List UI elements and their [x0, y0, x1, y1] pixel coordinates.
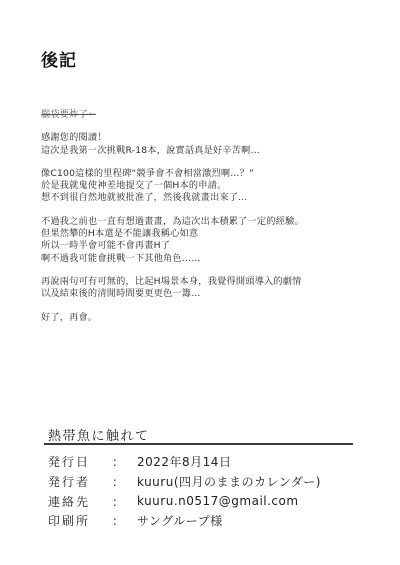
text-line: 像C100這樣的里程碑“競爭會不會相當激烈啊…？” [41, 168, 304, 180]
afterword-body: 腦袋要炸了~ 感謝您的閱讀！ 這次是我第一次挑戰R-18本，說實話真是好辛苦啊…… [41, 109, 304, 324]
colophon-separator: ： [112, 493, 137, 510]
colophon-label: 発行日 [48, 453, 112, 470]
colophon-label: 発行者 [48, 473, 112, 490]
colophon-divider [44, 443, 353, 445]
text-line: 所以一時半會可能不會再畫H了 [41, 240, 304, 252]
colophon-separator: ： [112, 453, 137, 470]
paragraph-4: 再說兩句可有可無的，比起H場景本身，我覺得開頭導入的劇情 以及結束後的清閒時間要… [41, 276, 304, 301]
text-line: 再說兩句可有可無的，比起H場景本身，我覺得開頭導入的劇情 [41, 276, 304, 288]
struck-through-line: 腦袋要炸了~ [41, 109, 304, 121]
colophon-row-publisher: 発行者 ： kuuru(四月のままのカレンダー) [48, 472, 368, 492]
colophon-title: 熱帯魚に触れて [48, 425, 150, 444]
text-line: 想不到很自然地就被批准了，然後我就畫出來了… [41, 192, 304, 204]
colophon-value: kuuru(四月のままのカレンダー) [137, 473, 321, 490]
page-title: 後記 [41, 46, 77, 71]
text-line: 但果然攀的H本還是不能讓我稱心如意 [41, 228, 304, 240]
colophon-value: 2022年8月14日 [137, 453, 231, 470]
colophon-label: 連絡先 [48, 493, 112, 510]
colophon-row-issue-date: 発行日 ： 2022年8月14日 [48, 452, 368, 472]
text-line: 感謝您的閱讀！ [41, 132, 304, 144]
colophon-row-printer: 印刷所 ： サングループ様 [48, 511, 368, 531]
text-line: 於是我就鬼使神差地提交了一個H本的申請。 [41, 180, 304, 192]
paragraph-3: 不過我之前也一直有想過畫畫，為這次出本積累了一定的經驗。 但果然攀的H本還是不能… [41, 216, 304, 265]
colophon-value: kuuru.n0517@gmail.com [137, 494, 299, 508]
text-line: 不過我之前也一直有想過畫畫，為這次出本積累了一定的經驗。 [41, 216, 304, 228]
text-line: 這次是我第一次挑戰R-18本，說實話真是好辛苦啊… [41, 145, 304, 157]
colophon-separator: ： [112, 473, 137, 490]
paragraph-2: 像C100這樣的里程碑“競爭會不會相當激烈啊…？” 於是我就鬼使神差地提交了一個… [41, 168, 304, 205]
colophon-table: 発行日 ： 2022年8月14日 発行者 ： kuuru(四月のままのカレンダー… [48, 452, 368, 531]
colophon-value: サングループ様 [137, 512, 223, 529]
colophon-row-contact: 連絡先 ： kuuru.n0517@gmail.com [48, 491, 368, 511]
colophon-label: 印刷所 [48, 512, 112, 529]
text-line: 啊不過我可能會挑戰一下其他角色…… [41, 253, 304, 265]
text-line: 以及結束後的清閒時間要更更色一籌… [41, 288, 304, 300]
paragraph-1: 感謝您的閱讀！ 這次是我第一次挑戰R-18本，說實話真是好辛苦啊… [41, 132, 304, 157]
text-line: 好了，再會。 [41, 312, 304, 324]
colophon-separator: ： [112, 512, 137, 529]
paragraph-5: 好了，再會。 [41, 312, 304, 324]
